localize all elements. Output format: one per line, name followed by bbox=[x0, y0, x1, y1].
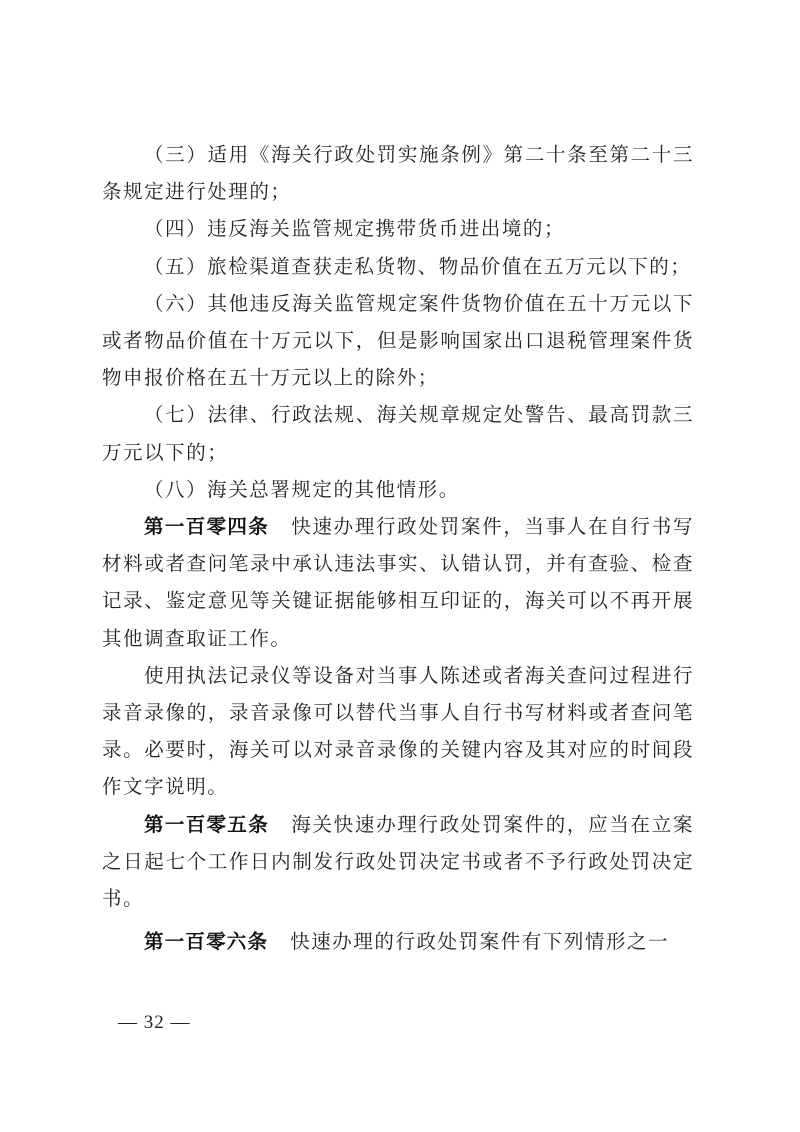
article-heading: 第一百零四条 bbox=[144, 515, 269, 538]
article-text: 快速办理的行政处罚案件有下列情形之一 bbox=[290, 930, 669, 953]
clause-7: （七）法律、行政法规、海关规章规定处警告、最高罚款三万元以下的； bbox=[102, 396, 694, 470]
clause-3: （三）适用《海关行政处罚实施条例》第二十条至第二十三条规定进行处理的； bbox=[102, 136, 694, 210]
article-heading: 第一百零五条 bbox=[144, 813, 269, 836]
clause-4: （四）违反海关监管规定携带货币进出境的； bbox=[102, 210, 694, 247]
clause-6: （六）其他违反海关监管规定案件货物价值在五十万元以下或者物品价值在十万元以下，但… bbox=[102, 285, 694, 397]
clause-text: （八）海关总署规定的其他情形。 bbox=[144, 478, 460, 501]
article-105: 第一百零五条海关快速办理行政处罚案件的，应当在立案之日起七个工作日内制发行政处罚… bbox=[102, 806, 694, 918]
document-body: （三）适用《海关行政处罚实施条例》第二十条至第二十三条规定进行处理的； （四）违… bbox=[102, 136, 694, 960]
page-number: — 32 — bbox=[118, 1012, 191, 1034]
clause-text: （七）法律、行政法规、海关规章规定处警告、最高罚款三万元以下的； bbox=[102, 403, 694, 463]
clause-text: （五）旅检渠道查获走私货物、物品价值在五万元以下的； bbox=[144, 255, 691, 278]
document-page: （三）适用《海关行政处罚实施条例》第二十条至第二十三条规定进行处理的； （四）违… bbox=[0, 0, 800, 1132]
clause-text: （四）违反海关监管规定携带货币进出境的； bbox=[144, 217, 565, 240]
clause-8: （八）海关总署规定的其他情形。 bbox=[102, 471, 694, 508]
article-heading: 第一百零六条 bbox=[144, 930, 268, 953]
article-104: 第一百零四条快速办理行政处罚案件，当事人在自行书写材料或者查问笔录中承认违法事实… bbox=[102, 508, 694, 657]
clause-text: （三）适用《海关行政处罚实施条例》第二十条至第二十三条规定进行处理的； bbox=[102, 143, 694, 203]
article-104-paragraph-2: 使用执法记录仪等设备对当事人陈述或者海关查问过程进行录音录像的，录音录像可以替代… bbox=[102, 657, 694, 806]
clause-text: （六）其他违反海关监管规定案件货物价值在五十万元以下或者物品价值在十万元以下，但… bbox=[102, 292, 694, 389]
article-106: 第一百零六条快速办理的行政处罚案件有下列情形之一 bbox=[102, 923, 694, 960]
clause-5: （五）旅检渠道查获走私货物、物品价值在五万元以下的； bbox=[102, 248, 694, 285]
paragraph-text: 使用执法记录仪等设备对当事人陈述或者海关查问过程进行录音录像的，录音录像可以替代… bbox=[102, 664, 694, 799]
